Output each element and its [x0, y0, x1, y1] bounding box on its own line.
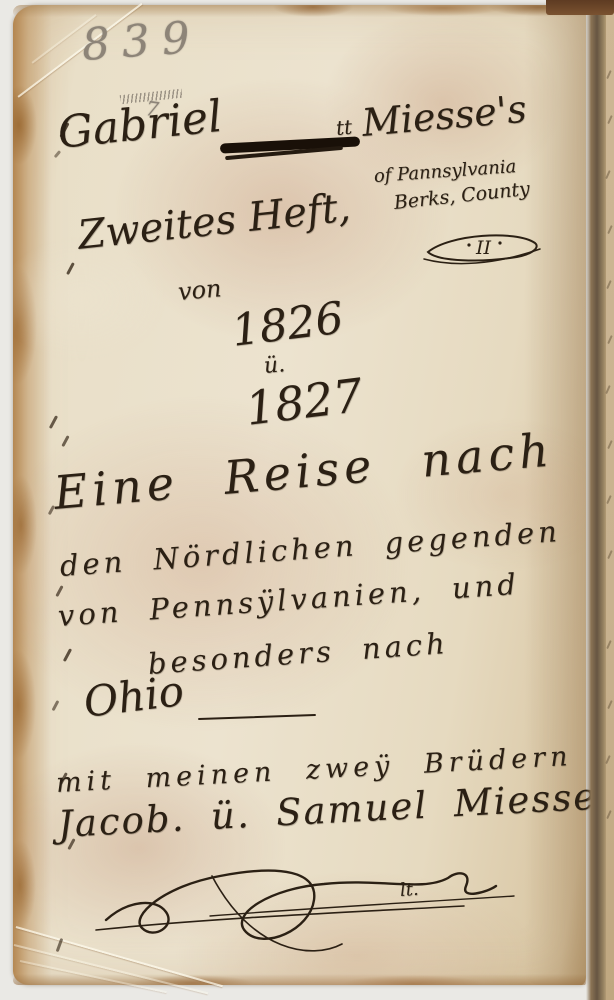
- adjacent-page-writing-mark: [607, 225, 612, 234]
- adjacent-page-writing-mark: [607, 440, 612, 449]
- adjacent-page-writing-mark: [606, 640, 611, 649]
- book-gutter-shadow: [586, 0, 606, 1000]
- torn-bottom-edge: [13, 974, 586, 985]
- pencil-number: 839: [80, 16, 203, 68]
- adjacent-page-writing-mark: [606, 280, 611, 289]
- adjacent-page-edge: [606, 0, 614, 1000]
- title-ohio: Ohio: [81, 670, 186, 724]
- deckled-left-edge: [13, 5, 51, 985]
- adjacent-page-writing-mark: [607, 700, 612, 709]
- adjacent-page-writing-mark: [606, 810, 611, 819]
- adjacent-page-writing-mark: [605, 385, 610, 394]
- adjacent-page-writing-mark: [605, 170, 610, 179]
- date-von: von: [177, 276, 222, 304]
- date-und-abbrev: ü.: [263, 354, 286, 378]
- insertion-mark: tt: [335, 117, 353, 138]
- adjacent-page-writing-mark: [605, 755, 610, 764]
- gutter-shading: [524, 5, 586, 985]
- year-1826: 1826: [229, 297, 346, 354]
- ornament-numeral: II: [475, 237, 492, 259]
- binding-edge-top: [546, 0, 614, 15]
- adjacent-page-writing-mark: [607, 335, 612, 344]
- volume-ornament-flourish-icon: II: [422, 226, 544, 268]
- manuscript-scan: 839 7 Gabriel tt Miesse's of Pannsylvani…: [0, 0, 614, 1000]
- signature-flourish: [92, 856, 522, 962]
- adjacent-page-writing-mark: [606, 495, 611, 504]
- adjacent-page-writing-mark: [606, 70, 611, 79]
- year-1827: 1827: [243, 372, 365, 432]
- flourish-mark: lt.: [399, 881, 419, 900]
- adjacent-page-writing-mark: [607, 550, 612, 559]
- torn-top-edge: [13, 5, 586, 17]
- adjacent-page-writing-mark: [607, 115, 612, 124]
